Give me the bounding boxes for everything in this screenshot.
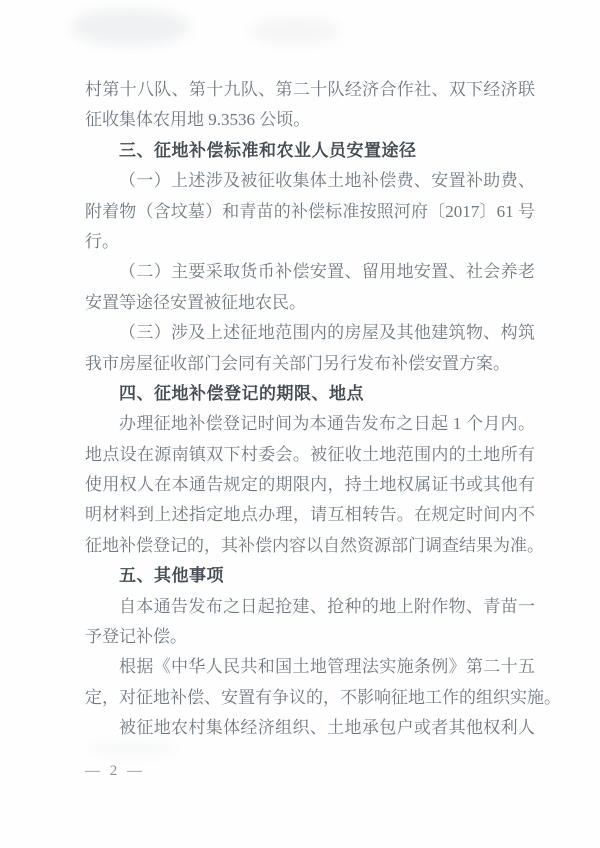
section-heading: 三、征地补偿标准和农业人员安置途径 (85, 136, 535, 166)
scan-artifact (250, 18, 340, 44)
text-line: 使用权人在本通告规定的期限内，持土地权属证书或其他有关证 (85, 470, 535, 500)
document-body: 村第十八队、第十九队、第二十队经济合作社、双下经济联合社。征收集体农用地 9.3… (85, 75, 535, 744)
page-number: — 2 — (85, 763, 145, 780)
section-heading: 四、征地补偿登记的期限、地点 (85, 379, 535, 409)
text-line: 被征地农村集体经济组织、土地承包户或者其他权利人对省 (85, 713, 535, 743)
scan-artifact (70, 8, 190, 46)
text-line: 附着物（含坟墓）和青苗的补偿标准按照河府〔2017〕61 号文执 (85, 197, 535, 227)
text-line: 办理征地补偿登记时间为本通告发布之日起 1 个月内。登记 (85, 409, 535, 439)
text-line: 安置等途径安置被征地农民。 (85, 288, 535, 318)
text-line: 地点设在源南镇双下村委会。被征收土地范围内的土地所有权人、 (85, 440, 535, 470)
scanned-document-page: 村第十八队、第十九队、第二十队经济合作社、双下经济联合社。征收集体农用地 9.3… (0, 0, 600, 848)
scan-artifact (88, 742, 178, 756)
text-line: 行。 (85, 227, 535, 257)
text-line: 定，对征地补偿、安置有争议的，不影响征地工作的组织实施。 (85, 683, 535, 713)
text-line: 明材料到上述指定地点办理，请互相转告。在规定时间内不办理 (85, 500, 535, 530)
text-line: 根据《中华人民共和国土地管理法实施条例》第二十五条规 (85, 652, 535, 682)
text-line: （一）上述涉及被征收集体土地补偿费、安置补助费、地上 (85, 166, 535, 196)
text-line: （三）涉及上述征地范围内的房屋及其他建筑物、构筑物由 (85, 318, 535, 348)
section-heading: 五、其他事项 (85, 561, 535, 591)
text-line: 予登记补偿。 (85, 622, 535, 652)
text-line: 我市房屋征收部门会同有关部门另行发布补偿安置方案。 (85, 349, 535, 379)
text-line: （二）主要采取货币补偿安置、留用地安置、社会养老保险 (85, 257, 535, 287)
text-line: 征收集体农用地 9.3536 公顷。 (85, 105, 535, 135)
text-line: 征地补偿登记的，其补偿内容以自然资源部门调查结果为准。 (85, 531, 535, 561)
text-line: 村第十八队、第十九队、第二十队经济合作社、双下经济联合社。 (85, 75, 535, 105)
text-line: 自本通告发布之日起抢建、抢种的地上附作物、青苗一律不 (85, 592, 535, 622)
